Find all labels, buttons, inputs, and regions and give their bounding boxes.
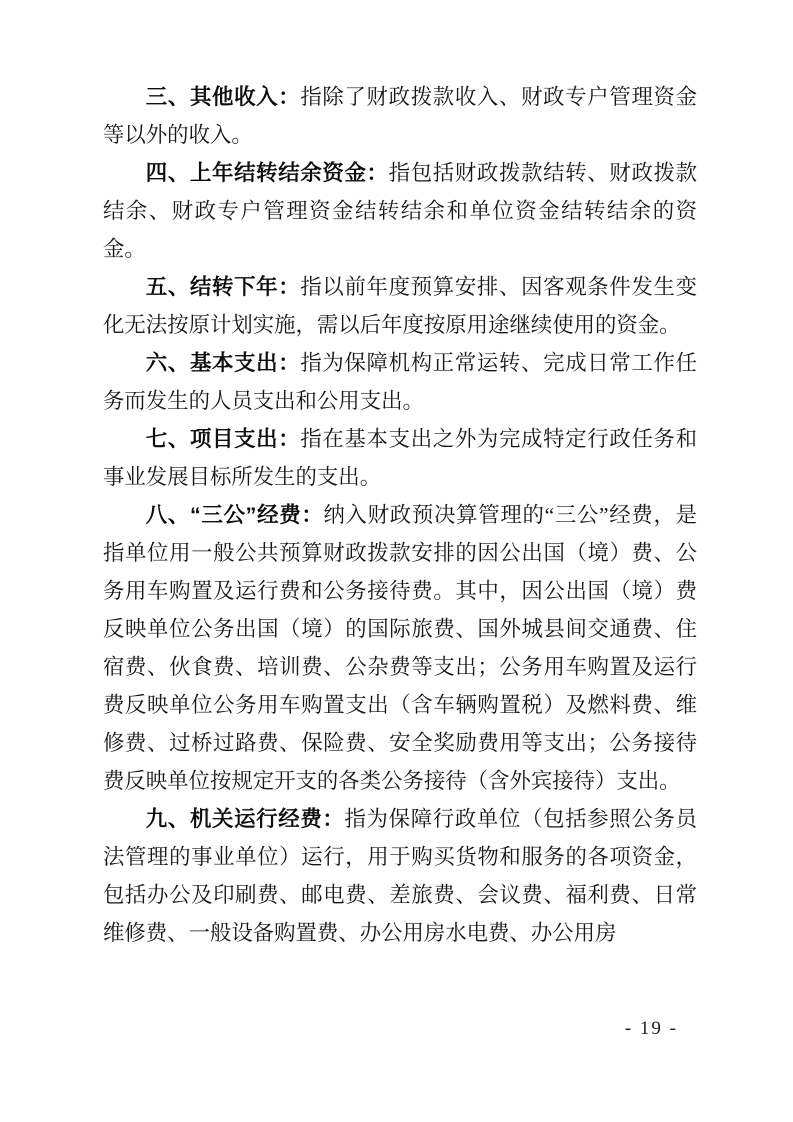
- glossary-entry: 四、上年结转结余资金：指包括财政拨款结转、财政拨款结余、财政专户管理资金结转结余…: [103, 154, 697, 268]
- glossary-entry: 七、项目支出：指在基本支出之外为完成特定行政任务和事业发展目标所发生的支出。: [103, 420, 697, 496]
- glossary-term: 六、基本支出：: [146, 351, 301, 375]
- glossary-term: 八、“三公”经费：: [146, 503, 324, 527]
- glossary-entry: 五、结转下年：指以前年度预算安排、因客观条件发生变化无法按原计划实施，需以后年度…: [103, 268, 697, 344]
- glossary-entry: 九、机关运行经费：指为保障行政单位（包括参照公务员法管理的事业单位）运行，用于购…: [103, 800, 697, 952]
- document-page: 三、其他收入：指除了财政拨款收入、财政专户管理资金等以外的收入。 四、上年结转结…: [0, 0, 793, 1122]
- glossary-entry: 八、“三公”经费：纳入财政预决算管理的“三公”经费，是指单位用一般公共预算财政拨…: [103, 496, 697, 800]
- glossary-entry: 六、基本支出：指为保障机构正常运转、完成日常工作任务而发生的人员支出和公用支出。: [103, 344, 697, 420]
- glossary-definition: 纳入财政预决算管理的“三公”经费，是指单位用一般公共预算财政拨款安排的因公出国（…: [103, 503, 697, 793]
- glossary-entry: 三、其他收入：指除了财政拨款收入、财政专户管理资金等以外的收入。: [103, 78, 697, 154]
- glossary-term: 七、项目支出：: [146, 427, 301, 451]
- glossary-term: 四、上年结转结余资金：: [146, 161, 389, 185]
- page-number: - 19 -: [625, 1016, 678, 1042]
- glossary-term: 三、其他收入：: [146, 85, 301, 109]
- glossary-content: 三、其他收入：指除了财政拨款收入、财政专户管理资金等以外的收入。 四、上年结转结…: [103, 78, 697, 952]
- glossary-term: 九、机关运行经费：: [146, 807, 345, 831]
- glossary-term: 五、结转下年：: [146, 275, 301, 299]
